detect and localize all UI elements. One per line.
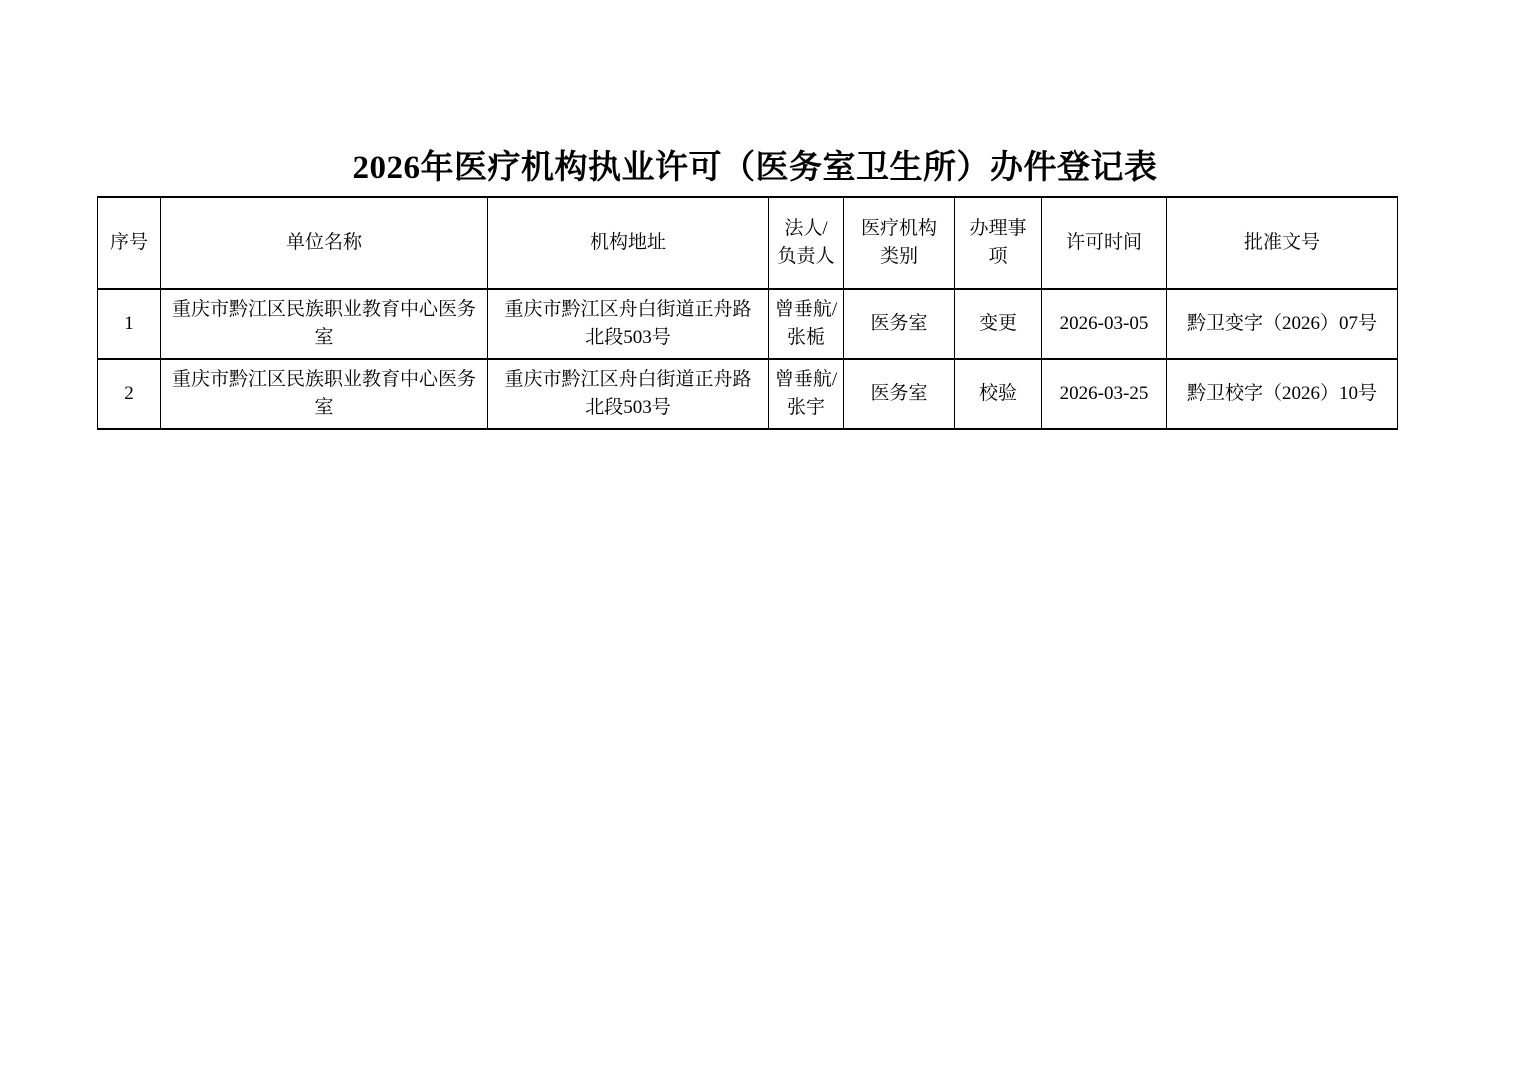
page-title: 2026年医疗机构执业许可（医务室卫生所）办件登记表: [97, 141, 1413, 188]
cell-matter: 变更: [955, 289, 1042, 359]
cell-legal: 曾垂航/ 张宇: [769, 359, 844, 429]
cell-unit-name: 重庆市黔江区民族职业教育中心医务 室: [161, 359, 488, 429]
cell-category: 医务室: [844, 289, 955, 359]
cell-category: 医务室: [844, 359, 955, 429]
registration-table: 序号 单位名称 机构地址 法人/ 负责人 医疗机构 类别 办理事 项 许可时间 …: [97, 196, 1398, 430]
cell-approval: 黔卫变字（2026）07号: [1167, 289, 1398, 359]
cell-seq: 2: [98, 359, 161, 429]
cell-unit-name: 重庆市黔江区民族职业教育中心医务 室: [161, 289, 488, 359]
column-header-date: 许可时间: [1042, 197, 1167, 289]
cell-legal: 曾垂航/ 张栀: [769, 289, 844, 359]
table-header-row: 序号 单位名称 机构地址 法人/ 负责人 医疗机构 类别 办理事 项 许可时间 …: [98, 197, 1398, 289]
column-header-category: 医疗机构 类别: [844, 197, 955, 289]
cell-date: 2026-03-25: [1042, 359, 1167, 429]
table-row: 1 重庆市黔江区民族职业教育中心医务 室 重庆市黔江区舟白街道正舟路 北段503…: [98, 289, 1398, 359]
table-row: 2 重庆市黔江区民族职业教育中心医务 室 重庆市黔江区舟白街道正舟路 北段503…: [98, 359, 1398, 429]
document-page: 2026年医疗机构执业许可（医务室卫生所）办件登记表 序号 单位名称 机构地址 …: [0, 0, 1520, 1074]
column-header-matter: 办理事 项: [955, 197, 1042, 289]
cell-address: 重庆市黔江区舟白街道正舟路 北段503号: [488, 289, 769, 359]
column-header-unit: 单位名称: [161, 197, 488, 289]
column-header-approval: 批准文号: [1167, 197, 1398, 289]
column-header-address: 机构地址: [488, 197, 769, 289]
column-header-legal: 法人/ 负责人: [769, 197, 844, 289]
cell-matter: 校验: [955, 359, 1042, 429]
cell-seq: 1: [98, 289, 161, 359]
cell-date: 2026-03-05: [1042, 289, 1167, 359]
cell-approval: 黔卫校字（2026）10号: [1167, 359, 1398, 429]
column-header-seq: 序号: [98, 197, 161, 289]
cell-address: 重庆市黔江区舟白街道正舟路 北段503号: [488, 359, 769, 429]
